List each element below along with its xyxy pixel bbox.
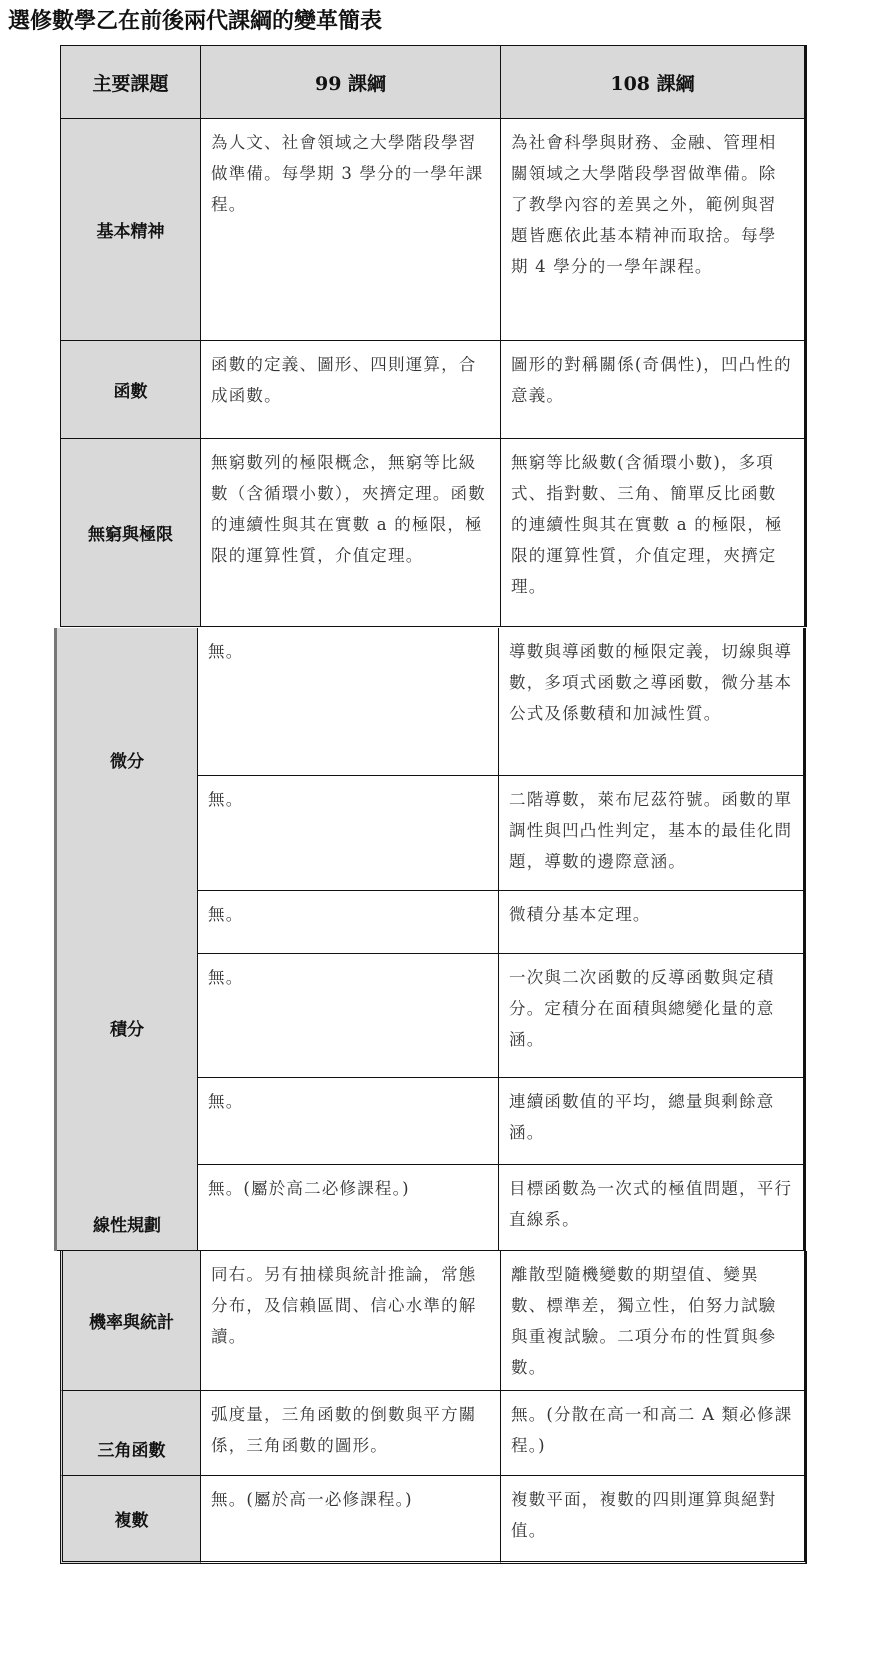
cell-108-trigonometry: 無。(分散在高一和高二 A 類必修課程。) — [501, 1391, 807, 1476]
cell-108-probability-statistics: 離散型隨機變數的期望值、變異數、標準差，獨立性，伯努力試驗與重複試驗。二項分布的… — [501, 1251, 807, 1391]
cell-99-linear-programming: 無。(屬於高二必修課程。) — [198, 1165, 499, 1251]
topic-trigonometry: 三角函數 — [60, 1391, 201, 1476]
cell-108-linear-programming: 目標函數為一次式的極值問題，平行直線系。 — [499, 1165, 806, 1251]
topic-integration: 積分 — [57, 890, 198, 1165]
cell-99-infinity-limits: 無窮數列的極限概念，無窮等比級數（含循環小數），夾擠定理。函數的連續性與其在實數… — [201, 439, 501, 627]
cell-99-diff-2: 無。 — [198, 776, 499, 891]
cell-99-int-3: 無。 — [198, 1078, 499, 1165]
cell-99-probability-statistics: 同右。另有抽樣與統計推論，常態分布，及信賴區間、信心水準的解讀。 — [201, 1251, 501, 1391]
topic-complex-numbers: 複數 — [60, 1476, 201, 1564]
topic-basic-spirit: 基本精神 — [60, 119, 201, 341]
cell-108-int-1: 微積分基本定理。 — [499, 891, 806, 954]
topic-linear-programming: 線性規劃 — [57, 1165, 198, 1251]
cell-108-diff-1: 導數與導函數的極限定義，切線與導數，多項式函數之導函數，微分基本公式及係數積和加… — [499, 628, 806, 776]
topic-differentiation: 微分 — [57, 628, 198, 890]
cell-99-int-1: 無。 — [198, 891, 499, 954]
header-topic: 主要課題 — [60, 45, 201, 119]
cell-108-complex-numbers: 複數平面，複數的四則運算與絕對值。 — [501, 1476, 807, 1564]
cell-108-diff-2: 二階導數，萊布尼茲符號。函數的單調性與凹凸性判定，基本的最佳化問題，導數的邊際意… — [499, 776, 806, 891]
cell-99-functions: 函數的定義、圖形、四則運算，合成函數。 — [201, 341, 501, 439]
page-title: 選修數學乙在前後兩代課綱的變革簡表 — [8, 4, 382, 35]
header-99: 99 課綱 — [201, 45, 501, 119]
cell-108-int-3: 連續函數值的平均，總量與剩餘意涵。 — [499, 1078, 806, 1165]
cell-108-functions: 圖形的對稱關係(奇偶性)，凹凸性的意義。 — [501, 341, 807, 439]
cell-99-diff-1: 無。 — [198, 628, 499, 776]
cell-99-int-2: 無。 — [198, 954, 499, 1078]
header-108: 108 課綱 — [501, 45, 807, 119]
cell-108-basic-spirit: 為社會科學與財務、金融、管理相關領域之大學階段學習做準備。除了教學內容的差異之外… — [501, 119, 807, 341]
cell-99-complex-numbers: 無。(屬於高一必修課程。) — [201, 1476, 501, 1564]
cell-99-basic-spirit: 為人文、社會領域之大學階段學習做準備。每學期 3 學分的一學年課程。 — [201, 119, 501, 341]
cell-99-trigonometry: 弧度量，三角函數的倒數與平方關係，三角函數的圖形。 — [201, 1391, 501, 1476]
cell-108-infinity-limits: 無窮等比級數(含循環小數)，多項式、指對數、三角、簡單反比函數的連續性與其在實數… — [501, 439, 807, 627]
cell-108-int-2: 一次與二次函數的反導函數與定積分。定積分在面積與總變化量的意涵。 — [499, 954, 806, 1078]
topic-probability-statistics: 機率與統計 — [60, 1251, 201, 1391]
topic-infinity-limits: 無窮與極限 — [60, 439, 201, 627]
topic-functions: 函數 — [60, 341, 201, 439]
